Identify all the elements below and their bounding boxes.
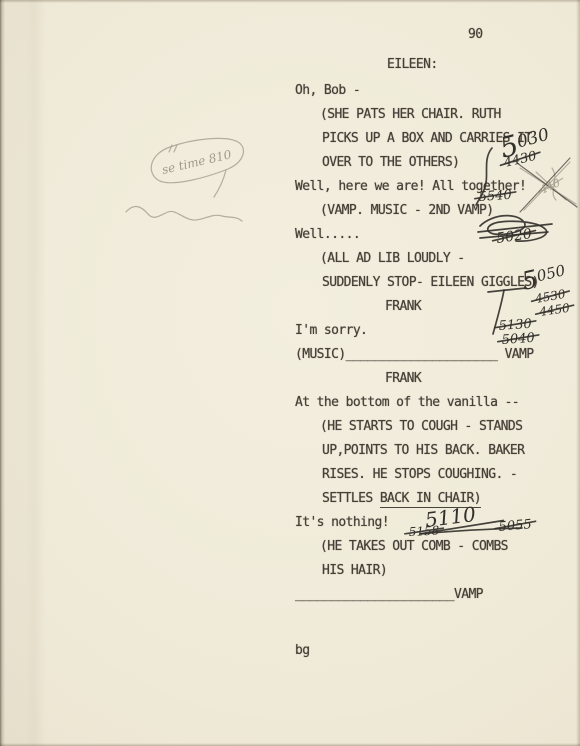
- svg-text:5158: 5158: [408, 523, 440, 539]
- stage-direction: PICKS UP A BOX AND CARRIES IT: [322, 132, 532, 146]
- pencil-x-scribbles: [520, 162, 576, 210]
- svg-text:4450: 4450: [537, 301, 571, 319]
- pencil-circled-note: se time 810: [151, 138, 243, 197]
- stage-direction: (SHE PATS HER CHAIR. RUTH: [320, 108, 501, 122]
- character-name: FRANK: [385, 300, 421, 314]
- pen-vertical-stroke: [493, 290, 504, 334]
- pencil-note-text: se time 810: [161, 147, 234, 177]
- page-number: 90: [468, 28, 482, 42]
- script-page: 90EILEEN:Oh, Bob -(SHE PATS HER CHAIR. R…: [0, 0, 580, 746]
- strike-line: [535, 305, 574, 314]
- strike-line: [405, 528, 444, 534]
- strike-line: [536, 178, 564, 193]
- timing-mark: 4430: [499, 148, 543, 172]
- strike-line: [492, 231, 536, 241]
- dialogue: At the bottom of the vanilla --: [295, 396, 519, 410]
- timing-mark: 5130: [494, 316, 536, 334]
- stage-direction: HIS HAIR): [322, 564, 387, 578]
- timing-mark: 5020: [491, 226, 537, 248]
- timing-mark: 4450: [535, 300, 575, 319]
- pen-loop-strikes: [478, 224, 552, 238]
- timing-mark: 5055: [494, 517, 536, 536]
- svg-text:4430: 4430: [502, 149, 539, 171]
- dialogue: Well.....: [295, 228, 360, 242]
- svg-text:440: 440: [537, 176, 562, 197]
- strike-line: [498, 335, 539, 342]
- stage-direction: SUDDENLY STOP- EILEEN GIGGLES): [322, 276, 539, 290]
- music-cue: ______________________VAMP: [295, 588, 483, 602]
- dialogue: It's nothing!: [295, 516, 389, 530]
- stage-direction: (VAMP. MUSIC - 2ND VAMP): [320, 204, 493, 218]
- music-cue: (MUSIC)_____________________ VAMP: [295, 348, 533, 362]
- strike-line: [531, 291, 570, 301]
- pencil-ditto-mark: [169, 145, 177, 152]
- pen-scribble-cluster-top: [476, 148, 577, 241]
- pen-curve-stroke: [476, 148, 492, 205]
- typist-initials: bg: [295, 644, 309, 658]
- underline-stroke: [421, 521, 503, 534]
- strike-line: [500, 152, 541, 165]
- stage-direction: SETTLES BACK IN CHAIR): [322, 492, 481, 506]
- stage-direction: OVER TO THE OTHERS): [322, 156, 459, 170]
- svg-text:5020: 5020: [495, 226, 533, 247]
- stage-direction: RISES. HE STOPS COUGHING. -: [322, 468, 517, 482]
- character-name: EILEEN:: [387, 58, 438, 72]
- pencil-squiggle: [126, 206, 242, 221]
- pencil-oval-tail: [214, 170, 226, 197]
- svg-text:5055: 5055: [498, 517, 532, 535]
- stage-direction: (HE TAKES OUT COMB - COMBS: [320, 540, 508, 554]
- strike-line: [494, 521, 535, 528]
- pen-scribble-cluster-middle: [488, 288, 526, 334]
- timing-mark: 5040: [497, 330, 539, 348]
- dialogue: Well, here we are! All together!: [295, 180, 526, 194]
- pen-loop-scrawl: [480, 216, 547, 242]
- dialogue: Oh, Bob -: [295, 84, 360, 98]
- stage-direction: (HE STARTS TO COUGH - STANDS: [320, 420, 522, 434]
- character-name: FRANK: [385, 372, 421, 386]
- stage-direction: (ALL AD LIB LOUDLY -: [320, 252, 465, 266]
- timing-mark: 5158: [404, 523, 443, 539]
- pen-underline-5110: [420, 528, 522, 534]
- strike-line: [495, 321, 536, 328]
- svg-text:5040: 5040: [501, 331, 535, 348]
- timing-mark: 440: [534, 174, 566, 198]
- pencil-oval: [151, 138, 243, 182]
- dialogue: I'm sorry.: [295, 324, 367, 338]
- svg-text:5130: 5130: [498, 317, 532, 334]
- stage-direction: UP,POINTS TO HIS BACK. BAKER: [322, 444, 524, 458]
